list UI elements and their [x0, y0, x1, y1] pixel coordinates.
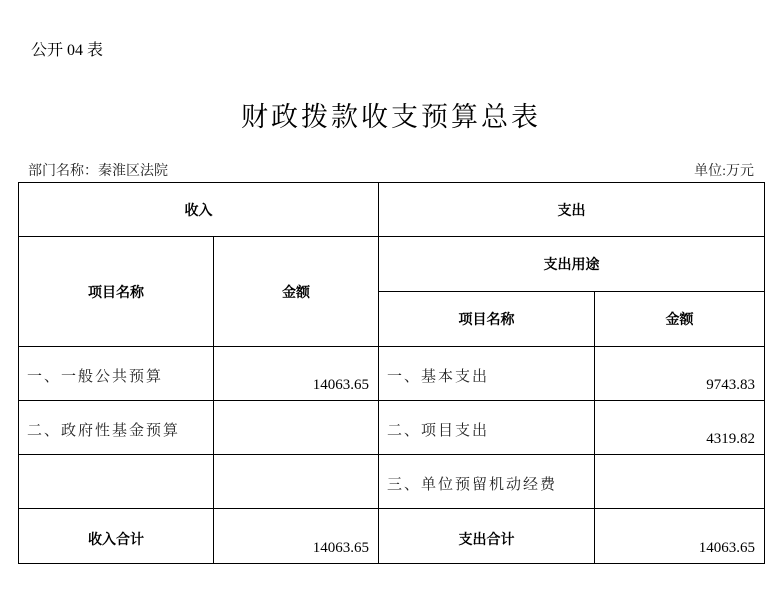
income-col-amount: 金额 — [214, 237, 379, 347]
expense-use-header: 支出用途 — [379, 237, 765, 292]
income-item-amount — [214, 455, 379, 509]
income-header: 收入 — [19, 183, 379, 237]
budget-table: 收入 支出 项目名称 金额 支出用途 项目名称 金额 一、一般公共预算 1406… — [18, 182, 765, 564]
expense-item-name: 二、项目支出 — [379, 401, 595, 455]
expense-col-amount: 金额 — [595, 292, 765, 347]
income-item-name: 二、政府性基金预算 — [19, 401, 214, 455]
income-col-name: 项目名称 — [19, 237, 214, 347]
expense-item-name: 一、基本支出 — [379, 347, 595, 401]
expense-col-name: 项目名称 — [379, 292, 595, 347]
income-item-name — [19, 455, 214, 509]
income-item-amount: 14063.65 — [214, 347, 379, 401]
expense-header: 支出 — [379, 183, 765, 237]
expense-item-amount: 9743.83 — [595, 347, 765, 401]
expense-total-amount: 14063.65 — [595, 509, 765, 564]
income-total-label: 收入合计 — [19, 509, 214, 564]
expense-item-name: 三、单位预留机动经费 — [379, 455, 595, 509]
page-title: 财政拨款收支预算总表 — [0, 95, 782, 134]
expense-item-amount — [595, 455, 765, 509]
table-row: 一、一般公共预算 14063.65 一、基本支出 9743.83 — [19, 347, 765, 401]
income-total-amount: 14063.65 — [214, 509, 379, 564]
table-row: 三、单位预留机动经费 — [19, 455, 765, 509]
expense-item-amount: 4319.82 — [595, 401, 765, 455]
expense-total-label: 支出合计 — [379, 509, 595, 564]
income-item-amount — [214, 401, 379, 455]
document-label: 公开 04 表 — [31, 37, 103, 60]
table-row: 二、政府性基金预算 二、项目支出 4319.82 — [19, 401, 765, 455]
income-item-name: 一、一般公共预算 — [19, 347, 214, 401]
department-name: 部门名称：秦淮区法院 — [28, 160, 168, 180]
unit-label: 单位:万元 — [694, 160, 754, 180]
totals-row: 收入合计 14063.65 支出合计 14063.65 — [19, 509, 765, 564]
